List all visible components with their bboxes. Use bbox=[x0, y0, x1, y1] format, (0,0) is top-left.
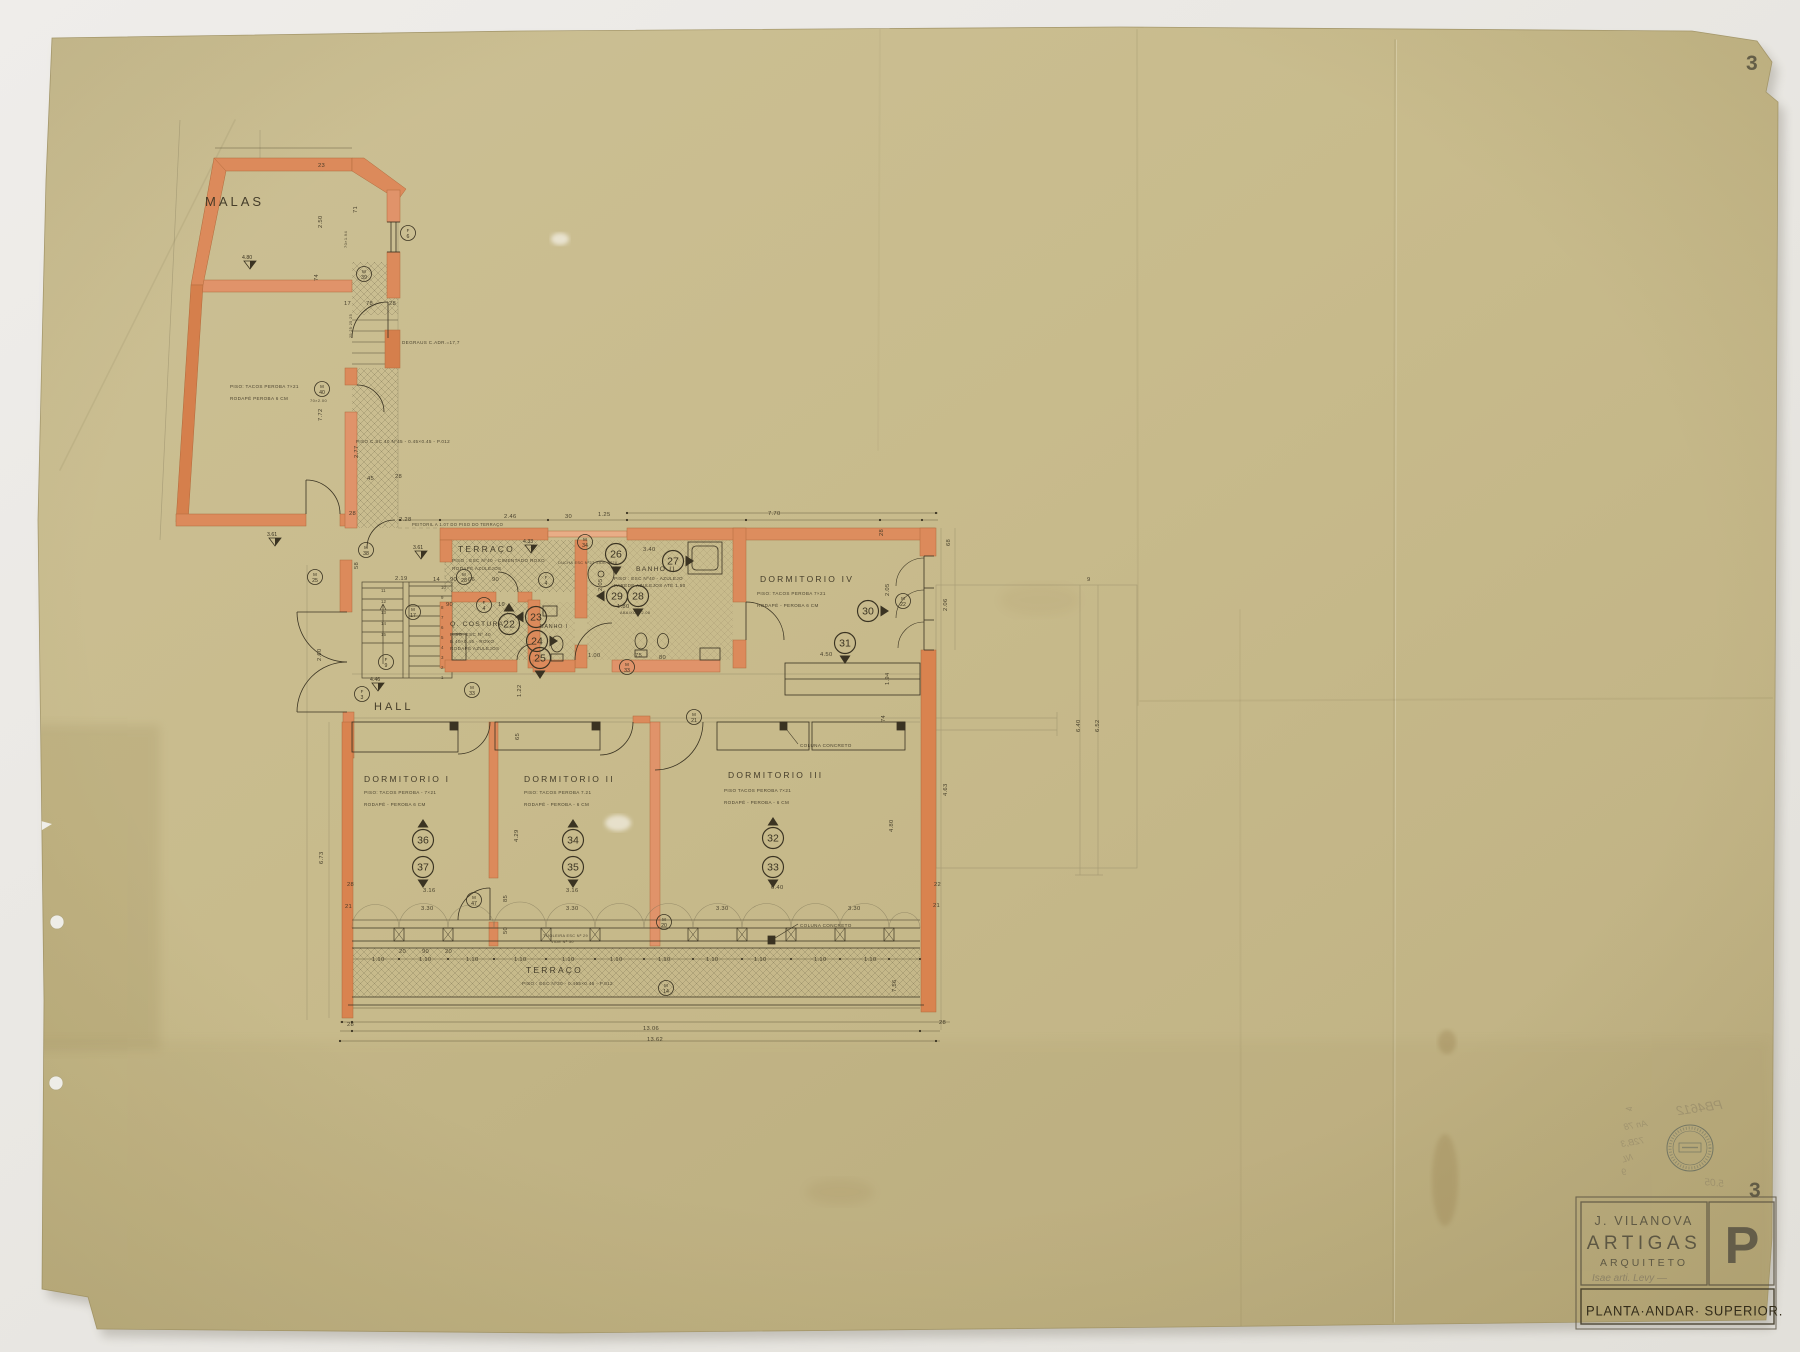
dimension-text: 28 bbox=[389, 301, 396, 307]
svg-text:22: 22 bbox=[503, 619, 515, 631]
dimension-text: 74 bbox=[314, 273, 320, 281]
dimension-text: 28 bbox=[349, 511, 356, 517]
dimension-text: 22 bbox=[934, 882, 941, 888]
dimension-text: 20 bbox=[399, 949, 406, 955]
room-label: BANHO I bbox=[540, 624, 568, 630]
room-label: DORMITORIO II bbox=[524, 774, 615, 784]
dimension-text: 19 bbox=[498, 602, 505, 608]
svg-text:M: M bbox=[320, 384, 324, 389]
dimension-text: 7.70 bbox=[768, 511, 780, 517]
svg-text:47: 47 bbox=[471, 901, 477, 907]
note-text: PISO : ESC Nº40 - CIMENTADO ROXO bbox=[452, 558, 545, 563]
note-text: COLUNA CONCRETO bbox=[800, 743, 852, 748]
svg-text:M: M bbox=[901, 596, 905, 601]
dimension-text: 9 bbox=[1087, 577, 1091, 583]
note-text: RODAPÉ - PEROBA - 6 CM bbox=[524, 801, 589, 807]
dimension-text: 90 bbox=[446, 602, 453, 608]
dimension-text: 80 bbox=[659, 655, 666, 661]
dimension-text: 13.62 bbox=[647, 1037, 663, 1043]
dimension-text: 21 bbox=[345, 904, 352, 910]
svg-text:F: F bbox=[361, 689, 364, 694]
paper-texture bbox=[0, 0, 1800, 1352]
svg-text:25: 25 bbox=[534, 653, 546, 665]
room-label: DORMITORIO I bbox=[364, 774, 450, 784]
handwritten-client-name: Isae arti. Levy — bbox=[1592, 1273, 1668, 1284]
note-text: PISO TACOS PEROBA 7×21 bbox=[724, 788, 791, 793]
note-text: RODAPÉ AZULEJOS bbox=[450, 645, 499, 651]
dimension-text: 13.06 bbox=[643, 1026, 659, 1032]
note-text: PISO: ESC Nº 40 bbox=[450, 632, 491, 637]
dimension-text: 45 bbox=[367, 476, 374, 482]
dimension-text: 3.30 bbox=[421, 906, 433, 912]
dimension-text: 65 bbox=[515, 733, 521, 740]
dimension-text: 1.10 bbox=[814, 957, 826, 963]
dimension-text: 2.50 bbox=[318, 216, 324, 228]
svg-text:3.61: 3.61 bbox=[413, 545, 423, 551]
note-text: RODAPÉ - PEROBA 6 CM bbox=[364, 801, 426, 807]
svg-text:34: 34 bbox=[582, 543, 588, 549]
svg-text:26: 26 bbox=[610, 549, 622, 561]
dimension-text: 1.94 bbox=[885, 672, 891, 685]
title-block: J. VILANOVA ARTIGAS ARQUITETO Isae arti.… bbox=[1576, 1197, 1783, 1329]
dimension-text: 71 bbox=[353, 206, 359, 213]
svg-text:38: 38 bbox=[363, 551, 369, 557]
svg-text:37: 37 bbox=[417, 862, 429, 874]
note-text: COLUNA CONCRETO bbox=[800, 923, 852, 928]
dimension-text: 1.00 bbox=[588, 653, 600, 659]
dimension-text: 3.30 bbox=[566, 906, 578, 912]
note-text: PISO: TACOS PEROBA 7.21 bbox=[524, 790, 591, 795]
dimension-text: 17 bbox=[344, 301, 351, 307]
pencil-annotation: 5.05 bbox=[1704, 1177, 1725, 1190]
pencil-annotation: 9 bbox=[1621, 1167, 1626, 1177]
dimension-text: 3.16 bbox=[423, 888, 435, 894]
dimension-text: 21 bbox=[933, 903, 940, 909]
svg-text:M: M bbox=[411, 607, 415, 612]
dimension-text: 2.05 bbox=[885, 584, 891, 596]
svg-text:24: 24 bbox=[531, 636, 543, 648]
svg-text:36: 36 bbox=[417, 835, 429, 847]
svg-text:31: 31 bbox=[839, 638, 851, 650]
dimension-text: 68 bbox=[946, 539, 952, 546]
svg-text:39: 39 bbox=[361, 275, 367, 281]
room-label: TERRAÇO bbox=[526, 965, 583, 975]
room-label: HALL bbox=[374, 701, 414, 713]
dimension-text: 4.80 bbox=[889, 820, 895, 832]
dimension-text: 1.10 bbox=[562, 957, 574, 963]
svg-text:F: F bbox=[385, 657, 388, 662]
svg-text:M: M bbox=[470, 685, 474, 690]
dimension-text: 7.72 bbox=[318, 409, 324, 421]
dimension-text: 2.19 bbox=[395, 576, 407, 582]
dimension-text: 30 bbox=[565, 514, 572, 520]
svg-text:M: M bbox=[664, 983, 668, 988]
stair-number: 14 bbox=[381, 621, 386, 626]
svg-text:M: M bbox=[583, 537, 587, 542]
note-text: RODAPÉ - PEROBA 6 CM bbox=[757, 602, 819, 608]
svg-text:4: 4 bbox=[545, 581, 548, 587]
svg-text:33: 33 bbox=[624, 668, 630, 674]
note-text: B 40×0.45 - ROXO bbox=[450, 639, 494, 644]
svg-text:17: 17 bbox=[410, 613, 416, 619]
dimension-text: 50 bbox=[503, 927, 509, 934]
svg-text:4: 4 bbox=[483, 606, 486, 612]
dimension-text: 6.40 bbox=[1076, 720, 1082, 732]
note-text: RODAPÉ PEROBA 6 CM bbox=[230, 395, 288, 401]
svg-text:27: 27 bbox=[667, 556, 679, 568]
dimension-text: 28 bbox=[939, 1020, 946, 1026]
dimension-text: 1.10 bbox=[754, 957, 766, 963]
svg-text:3: 3 bbox=[361, 695, 364, 701]
svg-text:M: M bbox=[662, 917, 666, 922]
page-number-top: 3 bbox=[1746, 52, 1758, 75]
note-text: PAREDE AZULEJOS ATÉ 1.50 bbox=[614, 582, 686, 588]
dimension-text: 2.05 bbox=[598, 579, 604, 591]
stair-number: 13 bbox=[381, 610, 386, 615]
stair-number: 10 bbox=[441, 585, 446, 590]
dimension-text: 20 bbox=[445, 949, 452, 955]
dimension-text: 25·25·25·25 bbox=[349, 314, 353, 338]
dimension-text: 1.10 bbox=[658, 957, 670, 963]
svg-text:34: 34 bbox=[567, 835, 579, 847]
svg-text:4.80: 4.80 bbox=[242, 255, 252, 261]
dimension-text: 1.25 bbox=[598, 512, 610, 518]
drawing-title: PLANTA·ANDAR· SUPERIOR. bbox=[1586, 1303, 1783, 1319]
dimension-text: 7.56 bbox=[892, 980, 898, 992]
note-text: PISO C.SC 40 Nº45 - 0.45×0.45 - P.012 bbox=[356, 439, 450, 444]
dimension-text: 90 bbox=[492, 577, 499, 583]
svg-text:M: M bbox=[692, 712, 696, 717]
dimension-text: 3.30 bbox=[848, 906, 860, 912]
svg-text:M: M bbox=[362, 269, 366, 274]
svg-text:25: 25 bbox=[312, 578, 318, 584]
dimension-text: 2.46 bbox=[504, 514, 516, 520]
dimension-text: 6.52 bbox=[1095, 720, 1101, 732]
svg-text:21: 21 bbox=[691, 718, 697, 724]
dimension-text: 1.10 bbox=[514, 957, 526, 963]
svg-text:F: F bbox=[483, 600, 486, 605]
svg-text:30: 30 bbox=[862, 606, 874, 618]
dimension-text: 2.06 bbox=[943, 599, 949, 611]
punch-hole bbox=[49, 1076, 63, 1090]
svg-text:22: 22 bbox=[900, 602, 906, 608]
dimension-text: 28 bbox=[347, 882, 354, 888]
dimension-text: 4.50 bbox=[820, 652, 832, 658]
svg-text:F: F bbox=[545, 575, 548, 580]
dimension-text: 28 bbox=[879, 529, 885, 536]
svg-text:M: M bbox=[313, 572, 317, 577]
svg-text:14: 14 bbox=[663, 989, 669, 995]
note-text: PISO : ESC Nº40 - AZULEJO bbox=[614, 576, 683, 581]
dimension-text: 28 bbox=[347, 1022, 354, 1028]
svg-text:28: 28 bbox=[461, 578, 467, 584]
note-text: 70×1.94 bbox=[343, 231, 348, 248]
dimension-text: 14 bbox=[433, 577, 441, 583]
note-text: PISO: TACOS PEROBA 7×21 bbox=[230, 384, 299, 389]
dimension-text: 58 bbox=[354, 562, 360, 569]
svg-text:29: 29 bbox=[611, 591, 623, 603]
note-text: RODAPÉ - PEROBA - 6 CM bbox=[724, 799, 789, 805]
dimension-text: 1.10 bbox=[419, 957, 431, 963]
note-text: VIDE Nº 30 bbox=[551, 940, 574, 944]
dimension-text: 78 bbox=[366, 301, 373, 307]
dimension-text: 3.40 bbox=[643, 547, 655, 553]
dimension-text: 23 bbox=[318, 163, 325, 169]
stair-number: 12 bbox=[381, 599, 386, 604]
dimension-text: 90 bbox=[450, 577, 457, 583]
dimension-text: 4.63 bbox=[943, 784, 949, 796]
dimension-text: 4.29 bbox=[514, 830, 520, 842]
dimension-text: 2.77 bbox=[354, 446, 360, 458]
room-label: DORMITORIO III bbox=[728, 770, 823, 780]
svg-text:20: 20 bbox=[661, 923, 667, 929]
dimension-text: 74 bbox=[881, 714, 887, 722]
architect-name-line1: J. VILANOVA bbox=[1595, 1214, 1694, 1228]
dimension-text: 1.10 bbox=[864, 957, 876, 963]
punch-hole bbox=[50, 915, 64, 929]
svg-text:32: 32 bbox=[767, 833, 779, 845]
note-text: PISO: TACOS PEROBA - 7×21 bbox=[364, 790, 436, 795]
note-text: 70×2.00 bbox=[310, 398, 327, 403]
dimension-text: 2.28 bbox=[399, 517, 411, 523]
svg-text:3.61: 3.61 bbox=[267, 532, 277, 538]
svg-text:35: 35 bbox=[567, 862, 579, 874]
svg-text:M: M bbox=[625, 662, 629, 667]
dimension-text: 85 bbox=[503, 895, 509, 902]
room-label: Q. COSTURA bbox=[450, 621, 504, 628]
dimension-text: 1.10 bbox=[466, 957, 478, 963]
room-label: MALAS bbox=[205, 194, 264, 209]
dimension-text: 1.10 bbox=[706, 957, 718, 963]
dimension-text: 1.22 bbox=[517, 685, 523, 697]
note-text: PISO: TACOS PEROBA 7×21 bbox=[757, 591, 826, 596]
dimension-text: 1.10 bbox=[610, 957, 622, 963]
note-text: TIJOLEIRA ESC Nº 29 bbox=[543, 934, 588, 938]
svg-text:6: 6 bbox=[407, 234, 410, 240]
svg-text:4.46: 4.46 bbox=[370, 677, 380, 683]
stair-number: 15 bbox=[381, 632, 386, 637]
svg-text:28: 28 bbox=[632, 591, 644, 603]
dimension-text: 3.16 bbox=[566, 888, 578, 894]
dimension-text: 75 bbox=[635, 653, 642, 659]
note-text: RODAPÉ AZULEJOS bbox=[452, 565, 501, 571]
dimension-text: 2.60 bbox=[317, 649, 323, 661]
dimension-text: 3.30 bbox=[716, 906, 728, 912]
svg-text:40: 40 bbox=[319, 390, 325, 396]
architect-title: ARQUITETO bbox=[1600, 1257, 1688, 1269]
floor-plan-svg: MALASHALLTERRAÇOQ. COSTURABANHO IBANHO I… bbox=[0, 0, 1800, 1352]
architect-name-line2: ARTIGAS bbox=[1587, 1233, 1702, 1254]
svg-text:4.33: 4.33 bbox=[523, 539, 533, 545]
svg-text:33: 33 bbox=[469, 691, 475, 697]
room-label: DORMITORIO IV bbox=[760, 574, 854, 584]
note-text: PISO : ESC Nº30 - 0.465×0.45 - P.012 bbox=[522, 981, 613, 986]
note-text: DEGRAUS C.ADR.=17,7 bbox=[402, 340, 460, 345]
svg-text:F: F bbox=[407, 228, 410, 233]
stair-number: 11 bbox=[381, 588, 386, 593]
note-text: PEITORIL A 1.07 DO PISO DO TERRAÇO bbox=[412, 522, 504, 527]
svg-text:9: 9 bbox=[385, 663, 388, 669]
scanned-drawing-sheet: MALASHALLTERRAÇOQ. COSTURABANHO IBANHO I… bbox=[0, 0, 1800, 1352]
svg-text:M: M bbox=[364, 545, 368, 550]
room-label: TERRAÇO bbox=[458, 544, 515, 554]
dimension-text: 28 bbox=[395, 474, 402, 480]
svg-text:M: M bbox=[462, 572, 466, 577]
page-number-bottom: 3 bbox=[1749, 1179, 1761, 1202]
svg-text:23: 23 bbox=[530, 612, 542, 624]
dimension-text: 90 bbox=[422, 949, 429, 955]
svg-text:33: 33 bbox=[767, 862, 779, 874]
dimension-text: 1.10 bbox=[372, 957, 384, 963]
svg-text:M: M bbox=[472, 895, 476, 900]
plate-letter: P bbox=[1725, 1217, 1760, 1275]
dimension-text: 6.73 bbox=[319, 852, 325, 864]
